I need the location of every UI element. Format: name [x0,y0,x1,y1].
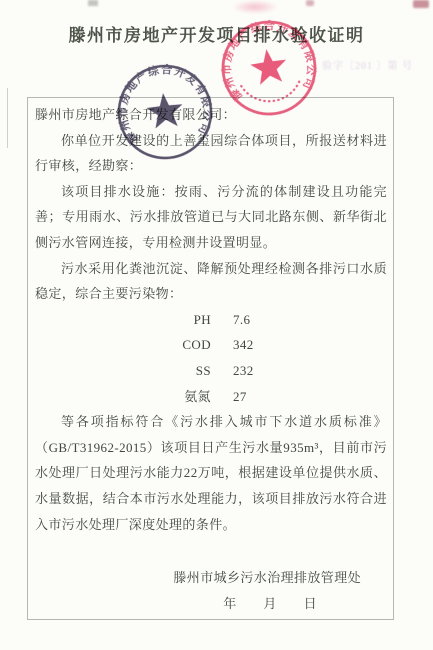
content-frame: 滕州市房地产综合开发有限公司： 你单位开发建设的上善玺园综合体项目，所报送材料进… [27,97,394,620]
doc-number-faint: 验字〔201 〕第 号 [322,57,422,72]
body-paragraph-3: 污水采用化粪池沉淀、降解预处理经检测各排污口水质稳定，综合主要污染物： [35,256,387,307]
pollutant-value: 342 [233,332,254,358]
pollutant-label: COD [35,332,211,358]
pollutant-label: 氨氮 [35,384,211,410]
pollutant-row: COD 342 [35,332,387,358]
pollutant-value: 232 [233,358,254,384]
signature-org: 滕州市城乡污水治理排放管理处 [35,565,387,591]
scan-edge-line [7,88,8,148]
body-paragraph-2: 该项目排水设施：按雨、污分流的体制建设且功能完善；专用雨水、污水排放管道已与大同… [35,179,387,256]
red-company-seal: 滕州市房地产综合开发有限公司 [213,12,326,125]
seal-star-icon [248,47,289,86]
seal-dotted-arc [241,78,303,105]
pollutant-label: SS [35,358,211,384]
scan-speck [88,0,98,6]
pollutant-row: PH 7.6 [35,307,387,333]
body-paragraph-4: 等各项指标符合《污水排入城市下水道水质标准》（GB/T31962-2015）该项… [35,409,387,537]
pollutant-value: 27 [233,384,247,410]
document-body: 滕州市房地产综合开发有限公司： 你单位开发建设的上善玺园综合体项目，所报送材料进… [28,98,393,616]
seal-star-icon [145,91,185,129]
certificate-page: 滕州市房地产开发项目排水验收证明 验字〔201 〕第 号 滕州市房地产综合开发有… [0,0,433,650]
signature-date: 年 月 日 [35,591,387,617]
pollutant-label: PH [35,307,211,333]
pollutant-row: 氨氮 27 [35,384,387,410]
dark-company-seal: 滕州市房地产综合开发有限公司 [110,57,220,167]
scan-speck [306,0,314,6]
stamp-ink-smudge [232,0,278,14]
pollutant-row: SS 232 [35,358,387,384]
scan-speck [413,0,429,8]
pollutant-value: 7.6 [233,307,250,333]
